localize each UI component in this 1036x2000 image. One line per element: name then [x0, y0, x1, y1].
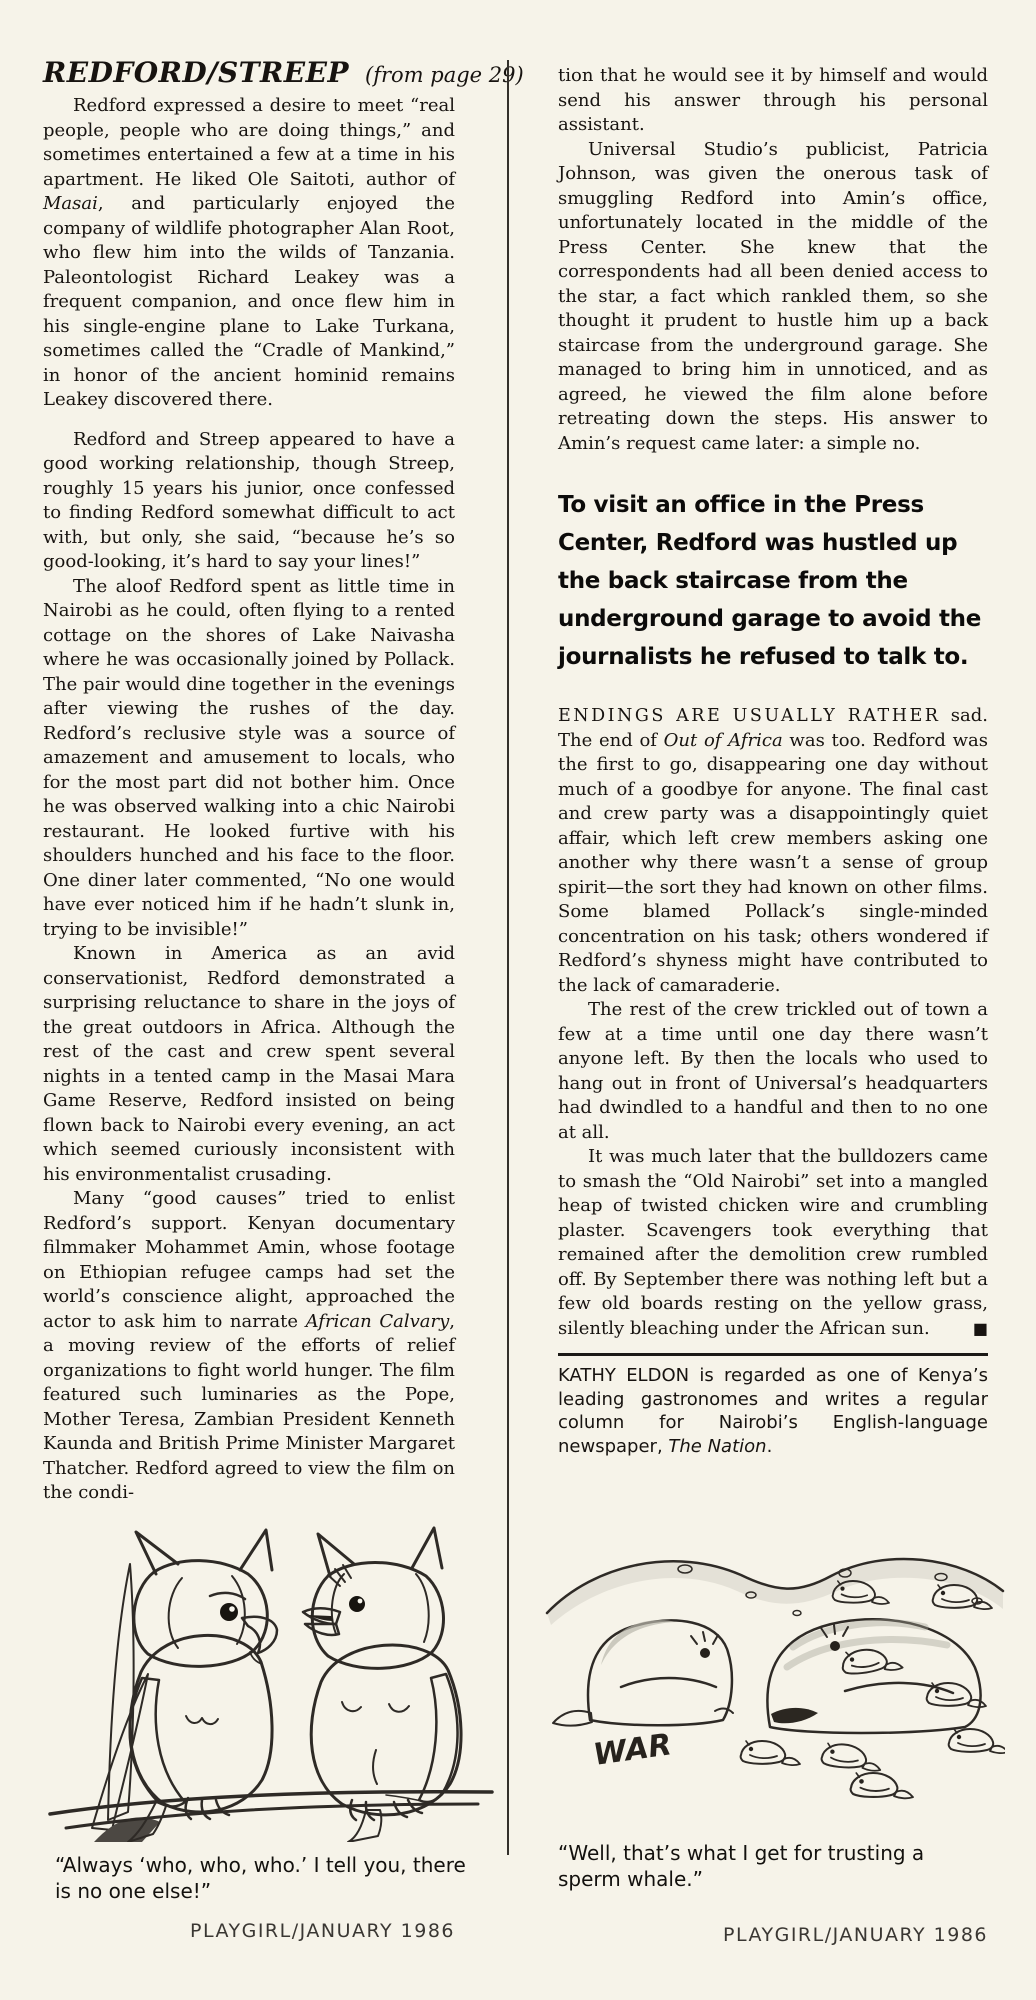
title-continuation-note: (from page 29) — [365, 63, 524, 87]
grass-blades — [92, 1564, 160, 1842]
water-surface — [547, 1559, 1003, 1625]
article-paragraph: KATHY ELDON is regarded as one of Kenya’… — [558, 1364, 988, 1458]
article-paragraph: Universal Studio’s publicist, Patricia J… — [558, 138, 988, 457]
owls-cartoon-caption: “Always ‘who, who, who.’ I tell you, the… — [55, 1852, 475, 1904]
author-bio-note: KATHY ELDON is regarded as one of Kenya’… — [558, 1364, 988, 1458]
pull-quote: To visit an office in the Press Center, … — [558, 486, 988, 676]
article-paragraph: The aloof Redford spent as little time i… — [43, 575, 455, 943]
owl-right — [303, 1528, 461, 1842]
owls-cartoon-image — [36, 1512, 500, 1842]
baby-whales — [741, 1581, 1005, 1798]
whale-right — [767, 1619, 980, 1733]
right-column: tion that he would see it by himself and… — [558, 64, 988, 1458]
article-title: REDFORD/STREEP — [43, 56, 349, 89]
article-paragraph: Redford and Streep appeared to have a go… — [43, 428, 455, 575]
right-column-top: tion that he would see it by himself and… — [558, 64, 988, 456]
cartoonist-signature: WAR — [591, 1727, 673, 1773]
article-paragraph: It was much later that the bulldozers ca… — [558, 1145, 988, 1341]
right-column-bottom: ENDINGS ARE USUALLY RATHER sad. The end … — [558, 704, 988, 1341]
page-footer-right: PLAYGIRL/JANUARY 1986 — [558, 1924, 1008, 1946]
article-paragraph: The rest of the crew trickled out of tow… — [558, 998, 988, 1145]
article-paragraph: Many “good causes” tried to enlist Redfo… — [43, 1187, 455, 1506]
article-paragraph: Known in America as an avid conservation… — [43, 942, 455, 1187]
whales-cartoon-image: WAR — [545, 1515, 1005, 1810]
magazine-page: REDFORD/STREEP (from page 29) Redford ex… — [0, 0, 1036, 2000]
bio-divider-rule — [558, 1353, 988, 1356]
whale-left — [553, 1620, 733, 1725]
left-column: Redford expressed a desire to meet “real… — [43, 94, 455, 1506]
article-paragraph: ENDINGS ARE USUALLY RATHER sad. The end … — [558, 704, 988, 998]
page-footer-left: PLAYGIRL/JANUARY 1986 — [43, 1920, 461, 1942]
article-paragraph: Redford expressed a desire to meet “real… — [43, 94, 455, 413]
whales-cartoon-caption: “Well, that’s what I get for trusting a … — [558, 1840, 988, 1892]
column-divider-rule — [507, 60, 509, 1855]
article-header: REDFORD/STREEP (from page 29) — [43, 56, 455, 89]
article-paragraph: tion that he would see it by himself and… — [558, 64, 988, 138]
